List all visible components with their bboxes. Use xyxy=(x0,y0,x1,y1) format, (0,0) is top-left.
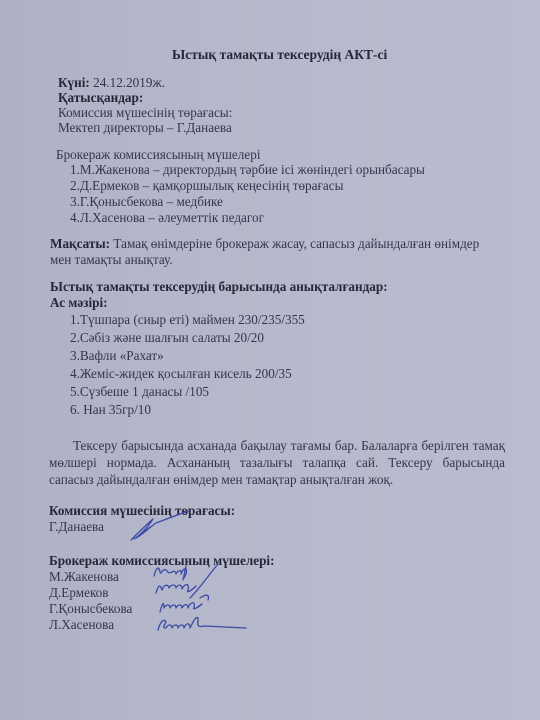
members-signatures-icon xyxy=(150,560,260,638)
members-heading: Брокераж комиссиясының мүшелері xyxy=(56,147,260,163)
menu-item: 4.Жеміс-жидек қосылған кисель 200/35 xyxy=(70,366,292,382)
chair-name: Мектеп директоры – Г.Данаева xyxy=(58,120,232,136)
menu-item: 5.Сүзбеше 1 данасы /105 xyxy=(70,384,209,400)
member-item: 4.Л.Хасенова – әлеуметтік педагог xyxy=(70,210,264,226)
member-item: 1.М.Жакенова – директордың тәрбие ісі жө… xyxy=(70,162,425,178)
date-value: 24.12.2019ж. xyxy=(90,75,165,90)
sign-member-name: Л.Хасенова xyxy=(49,617,114,633)
menu-label: Ас мәзірі: xyxy=(50,295,108,311)
act-document: Ыстық тамақты тексерудің АКТ-сі Күні: 24… xyxy=(0,0,540,720)
purpose-label: Мақсаты: xyxy=(50,236,110,251)
purpose-text-cont: мен тамақты анықтау. xyxy=(50,252,173,268)
purpose-line: Мақсаты: Тамақ өнімдеріне брокераж жасау… xyxy=(50,236,479,252)
date-label: Күні: xyxy=(58,75,90,90)
sign-chair-name: Г.Данаева xyxy=(49,519,104,535)
document-title: Ыстық тамақты тексерудің АКТ-сі xyxy=(172,47,387,63)
sign-member-name: Г.Қонысбекова xyxy=(49,601,132,617)
participants-label: Қатысқандар: xyxy=(58,90,143,106)
member-item: 2.Д.Ермеков – қамқоршылық кеңесінің төра… xyxy=(70,178,343,194)
menu-item: 3.Вафли «Рахат» xyxy=(70,348,164,364)
conclusion-paragraph: Тексеру барысында асханада бақылау тағам… xyxy=(49,437,505,488)
purpose-text: Тамақ өнімдеріне брокераж жасау, сапасыз… xyxy=(110,236,479,251)
findings-heading: Ыстық тамақты тексерудің барысында анықт… xyxy=(50,279,388,295)
chair-signature-icon xyxy=(128,505,198,545)
chair-role: Комиссия мүшесінің төрағасы: xyxy=(58,105,232,121)
menu-item: 2.Сәбіз және шалғын салаты 20/20 xyxy=(70,330,264,346)
date-line: Күні: 24.12.2019ж. xyxy=(58,75,165,91)
sign-member-name: Д.Ермеков xyxy=(49,585,109,601)
menu-item: 1.Түшпара (сиыр еті) маймен 230/235/355 xyxy=(70,312,305,328)
menu-item: 6. Нан 35гр/10 xyxy=(70,402,151,418)
member-item: 3.Г.Қонысбекова – медбике xyxy=(70,194,223,210)
sign-member-name: М.Жакенова xyxy=(49,569,119,585)
